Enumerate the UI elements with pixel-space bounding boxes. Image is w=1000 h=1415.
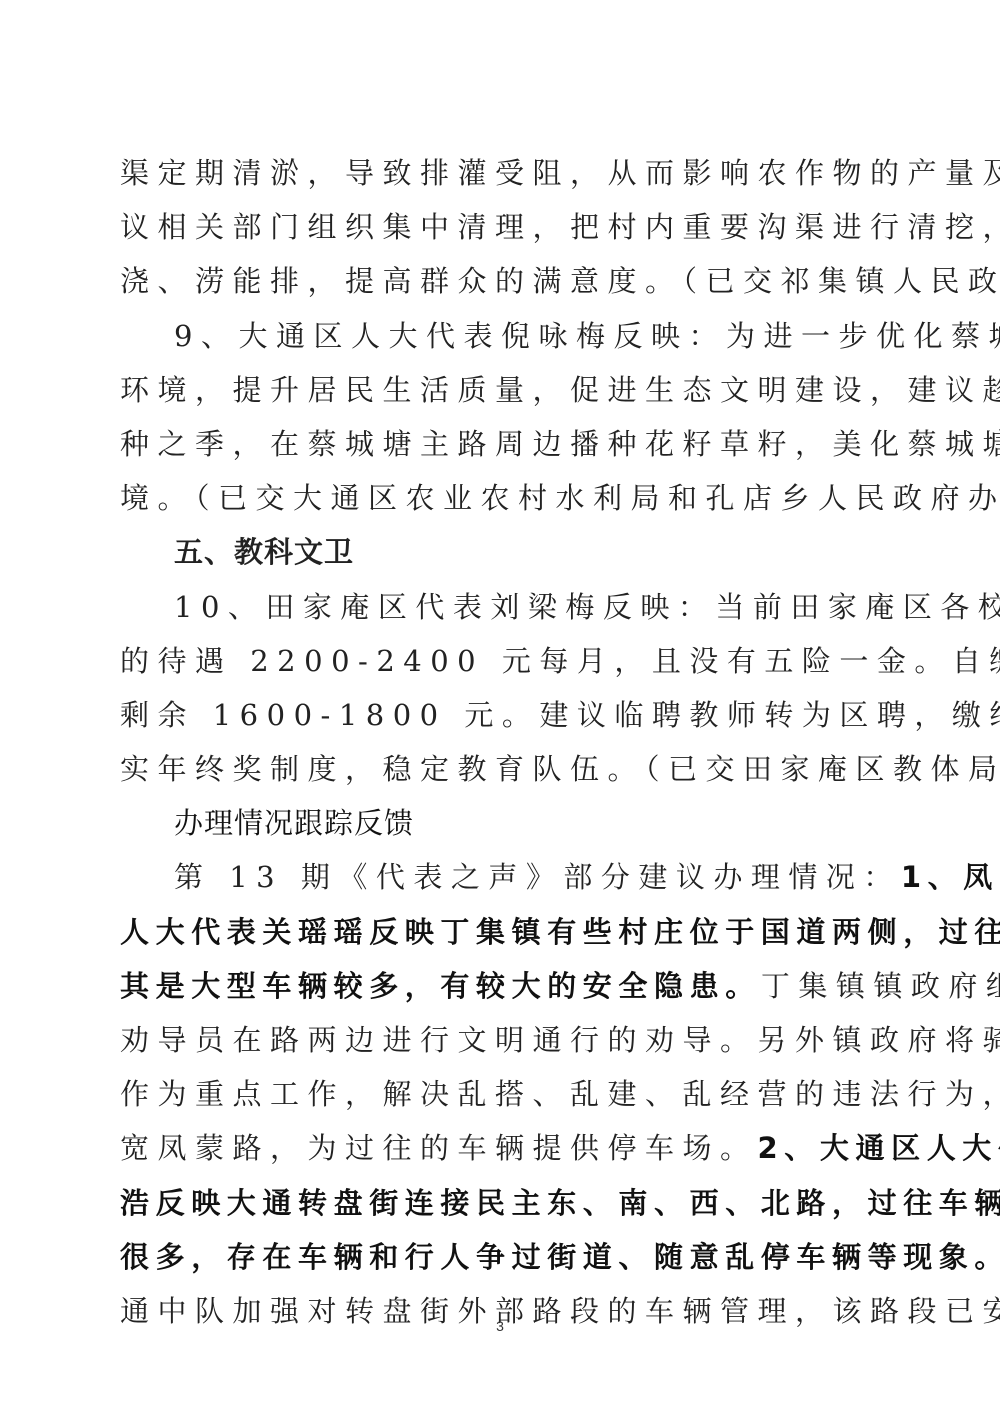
followup-line: 劝导员在路两边进行文明通行的劝导。另外镇政府将骑路集整治 [120, 1013, 882, 1067]
section-heading-education: 五、教科文卫 [120, 525, 882, 579]
paragraph-line: 境。（已交大通区农业农村水利局和孔店乡人民政府办理） [120, 471, 882, 525]
followup-line: 作为重点工作，解决乱搭、乱建、乱经营的违法行为，进一步拓 [120, 1067, 882, 1121]
paragraph-line: 实年终奖制度，稳定教育队伍。（已交田家庵区教体局办理） [120, 742, 882, 796]
item-9-first-line: 9、大通区人大代表倪咏梅反映：为进一步优化蔡城塘周边 [120, 309, 882, 363]
item-10-first-line: 10、田家庵区代表刘梁梅反映：当前田家庵区各校临聘教师 [120, 580, 882, 634]
paragraph-line: 环境，提升居民生活质量，促进生态文明建设，建议趁着早春播 [120, 363, 882, 417]
followup-bold-text: 很多，存在车辆和行人争过街道、随意乱停车辆等现象。 [120, 1240, 1000, 1274]
followup-line: 很多，存在车辆和行人争过街道、随意乱停车辆等现象。交警大 [120, 1230, 882, 1284]
paragraph-line: 渠定期清淤，导致排灌受阻，从而影响农作物的产量及品质。建 [120, 146, 882, 200]
paragraph-line: 剩余 1600-1800 元。建议临聘教师转为区聘，缴纳五险一金，落 [120, 688, 882, 742]
followup-item-1-bold: 1、凤台县丁集镇 [901, 860, 1000, 894]
followup-line: 宽凤蒙路，为过往的车辆提供停车场。2、大通区人大代表陆正 [120, 1121, 882, 1175]
paragraph-line: 议相关部门组织集中清理，把村内重要沟渠进行清挖，达到旱能 [120, 200, 882, 254]
followup-bold-text: 人大代表关瑶瑶反映丁集镇有些村庄位于国道两侧，过往车辆尤 [120, 915, 1000, 949]
followup-line: 浩反映大通转盘街连接民主东、南、西、北路，过往车辆和人员 [120, 1176, 882, 1230]
followup-plain-text: 丁集镇镇政府组织交通 [761, 969, 1000, 1003]
paragraph-line: 种之季，在蔡城塘主路周边播种花籽草籽，美化蔡城塘周边环 [120, 417, 882, 471]
followup-bold-text: 其是大型车辆较多，有较大的安全隐患。 [120, 969, 761, 1003]
document-body: 渠定期清淤，导致排灌受阻，从而影响农作物的产量及品质。建 议相关部门组织集中清理… [120, 146, 882, 1338]
followup-intro-text: 第 13 期《代表之声》部分建议办理情况： [174, 860, 901, 894]
paragraph-line: 浇、涝能排，提高群众的满意度。（已交祁集镇人民政府办理） [120, 254, 882, 308]
followup-plain-text: 宽凤蒙路，为过往的车辆提供停车场。 [120, 1131, 758, 1165]
followup-line: 人大代表关瑶瑶反映丁集镇有些村庄位于国道两侧，过往车辆尤 [120, 905, 882, 959]
page-number: 3 [0, 1318, 1000, 1334]
followup-line: 第 13 期《代表之声》部分建议办理情况：1、凤台县丁集镇 [120, 850, 882, 904]
section-heading-followup: 办理情况跟踪反馈 [120, 796, 882, 850]
followup-line: 其是大型车辆较多，有较大的安全隐患。丁集镇镇政府组织交通 [120, 959, 882, 1013]
followup-bold-text: 浩反映大通转盘街连接民主东、南、西、北路，过往车辆和人员 [120, 1186, 1000, 1220]
followup-item-2-bold: 2、大通区人大代表陆正 [758, 1131, 1000, 1165]
paragraph-line: 的待遇 2200-2400 元每月，且没有五险一金。自缴养老保险后， [120, 634, 882, 688]
